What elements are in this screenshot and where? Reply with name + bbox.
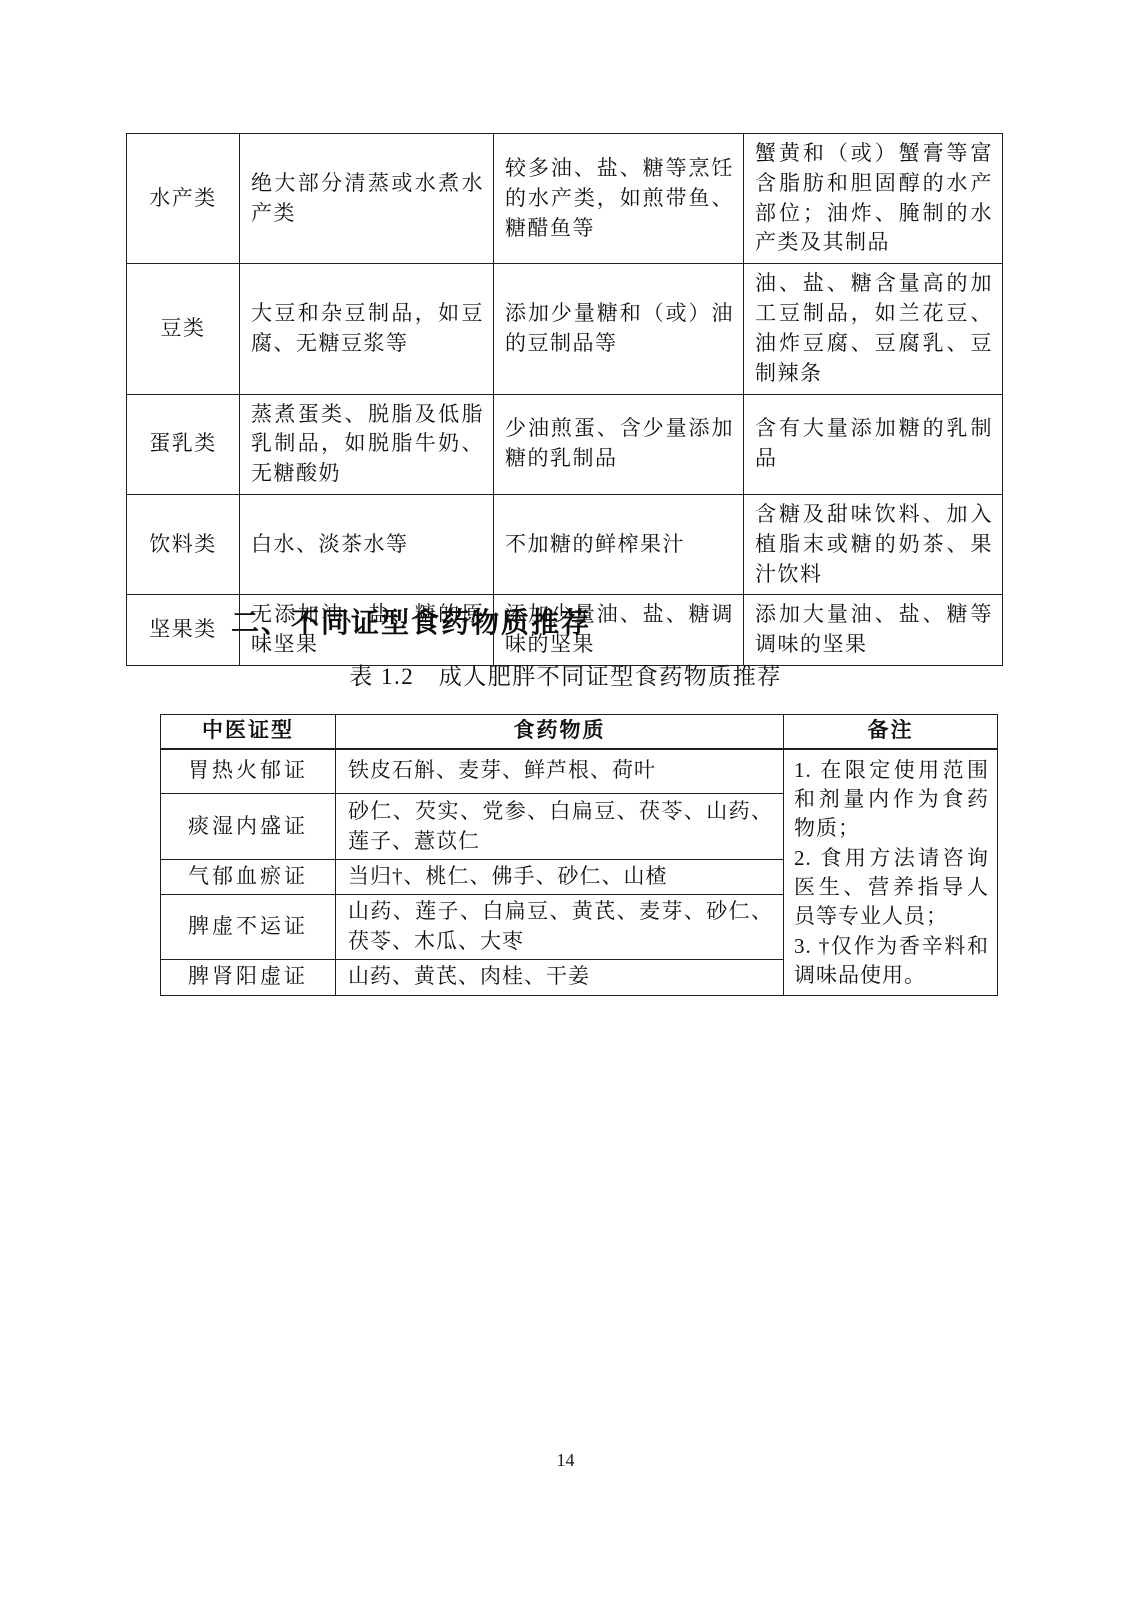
remark-line-2: 2. 食用方法请咨询医生、营养指导人员等专业人员；	[794, 844, 989, 932]
limited-cell: 含糖及甜味饮料、加入植脂末或糖的奶茶、果汁饮料	[744, 494, 1003, 594]
limited-cell: 含有大量添加糖的乳制品	[744, 394, 1003, 494]
table-row-egg-dairy: 蛋乳类 蒸煮蛋类、脱脂及低脂乳制品，如脱脂牛奶、无糖酸奶 少油煎蛋、含少量添加糖…	[127, 394, 1003, 494]
moderate-cell: 较多油、盐、糖等烹饪的水产类，如煎带鱼、糖醋鱼等	[494, 134, 744, 264]
tcm-syndrome-table: 中医证型 食药物质 备注 胃热火郁证 铁皮石斛、麦芽、鲜芦根、荷叶 1. 在限定…	[160, 714, 998, 996]
column-header-syndrome: 中医证型	[161, 715, 336, 749]
substances-cell: 铁皮石斛、麦芽、鲜芦根、荷叶	[336, 749, 784, 794]
moderate-cell: 不加糖的鲜榨果汁	[494, 494, 744, 594]
substances-cell: 山药、莲子、白扁豆、黄芪、麦芽、砂仁、茯苓、木瓜、大枣	[336, 894, 784, 959]
syndrome-cell: 脾肾阳虚证	[161, 959, 336, 995]
substances-cell: 山药、黄芪、肉桂、干姜	[336, 959, 784, 995]
limited-cell: 添加大量油、盐、糖等调味的坚果	[744, 595, 1003, 666]
moderate-cell: 少油煎蛋、含少量添加糖的乳制品	[494, 394, 744, 494]
section-heading: 二、不同证型食药物质推荐	[231, 601, 591, 641]
column-header-remarks: 备注	[784, 715, 998, 749]
recommended-cell: 白水、淡茶水等	[240, 494, 494, 594]
syndrome-cell: 脾虚不运证	[161, 894, 336, 959]
column-header-substances: 食药物质	[336, 715, 784, 749]
remark-line-3: 3. †仅作为香辛料和调味品使用。	[794, 932, 989, 991]
category-cell: 豆类	[127, 264, 240, 394]
table-row-aquatic: 水产类 绝大部分清蒸或水煮水产类 较多油、盐、糖等烹饪的水产类，如煎带鱼、糖醋鱼…	[127, 134, 1003, 264]
table-caption: 表 1.2 成人肥胖不同证型食药物质推荐	[0, 658, 1131, 691]
remark-line-1: 1. 在限定使用范围和剂量内作为食药物质；	[794, 756, 989, 844]
recommended-cell: 绝大部分清蒸或水煮水产类	[240, 134, 494, 264]
recommended-cell: 蒸煮蛋类、脱脂及低脂乳制品，如脱脂牛奶、无糖酸奶	[240, 394, 494, 494]
table-row-beverages: 饮料类 白水、淡茶水等 不加糖的鲜榨果汁 含糖及甜味饮料、加入植脂末或糖的奶茶、…	[127, 494, 1003, 594]
substances-cell: 砂仁、芡实、党参、白扁豆、茯苓、山药、莲子、薏苡仁	[336, 794, 784, 860]
limited-cell: 油、盐、糖含量高的加工豆制品，如兰花豆、油炸豆腐、豆腐乳、豆制辣条	[744, 264, 1003, 394]
table-row-syndrome-1: 胃热火郁证 铁皮石斛、麦芽、鲜芦根、荷叶 1. 在限定使用范围和剂量内作为食药物…	[161, 749, 998, 794]
category-cell: 饮料类	[127, 494, 240, 594]
table-row-beans: 豆类 大豆和杂豆制品，如豆腐、无糖豆浆等 添加少量糖和（或）油的豆制品等 油、盐…	[127, 264, 1003, 394]
limited-cell: 蟹黄和（或）蟹膏等富含脂肪和胆固醇的水产部位；油炸、腌制的水产类及其制品	[744, 134, 1003, 264]
header-row: 中医证型 食药物质 备注	[161, 715, 998, 749]
document-page: 水产类 绝大部分清蒸或水煮水产类 较多油、盐、糖等烹饪的水产类，如煎带鱼、糖醋鱼…	[0, 0, 1131, 1600]
page-number: 14	[0, 1450, 1131, 1471]
moderate-cell: 添加少量糖和（或）油的豆制品等	[494, 264, 744, 394]
category-cell: 水产类	[127, 134, 240, 264]
food-category-table: 水产类 绝大部分清蒸或水煮水产类 较多油、盐、糖等烹饪的水产类，如煎带鱼、糖醋鱼…	[126, 133, 1003, 666]
syndrome-cell: 痰湿内盛证	[161, 794, 336, 860]
category-cell: 蛋乳类	[127, 394, 240, 494]
syndrome-cell: 气郁血瘀证	[161, 860, 336, 895]
syndrome-cell: 胃热火郁证	[161, 749, 336, 794]
recommended-cell: 大豆和杂豆制品，如豆腐、无糖豆浆等	[240, 264, 494, 394]
category-cell: 坚果类	[127, 595, 240, 666]
remarks-cell: 1. 在限定使用范围和剂量内作为食药物质； 2. 食用方法请咨询医生、营养指导人…	[784, 749, 998, 996]
substances-cell: 当归†、桃仁、佛手、砂仁、山楂	[336, 860, 784, 895]
